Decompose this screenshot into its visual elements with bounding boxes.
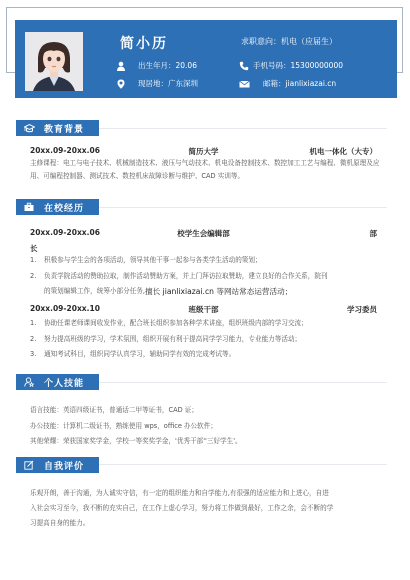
- campus-entry-org: 班级干部: [30, 304, 377, 315]
- education-school: 简历大学: [30, 146, 377, 157]
- skill-honors: 其他荣耀：荣获国家奖学金，学校一等奖奖学金，'优秀干部''三好学生'。: [30, 435, 242, 445]
- edit-icon: [24, 460, 34, 470]
- highlight-text: 擅长 jianlixiazai.cn 等网站常态运营活动；: [145, 285, 292, 298]
- campus-entry-org: 校学生会编辑部: [30, 228, 377, 239]
- location-pin-icon: [116, 79, 126, 89]
- list-item-continued: 的策划编辑工作，统筹小部分任务,擅长 jianlixiazai.cn 等网站常态…: [30, 285, 380, 298]
- self-eval-line: 入社会实习至今，我不断的充实自己，在工作上虚心学习，努力将工作做到最好，工作之余…: [30, 502, 380, 515]
- list-item: 1.协助任课老师课间收发作业，配合班长组织参加各种学术讲座，组织班级内部的学习交…: [30, 317, 380, 330]
- user-icon: [116, 61, 126, 71]
- campus-entry-1: 20xx.09-20xx.06 校学生会编辑部 部: [30, 228, 377, 239]
- section-skills-header: 个人技能: [16, 374, 99, 390]
- list-item: 2.负责学院活动的赞助拉取，制作活动赞助方案，并上门拜访拉取赞助，建立良好的合作…: [30, 270, 380, 283]
- education-entry: 20xx.09-20xx.06 简历大学 机电一体化（大专）: [30, 146, 377, 157]
- phone-row: 手机号码：15300000000: [239, 60, 343, 71]
- phone-icon: [239, 61, 249, 71]
- section-divider: [99, 128, 387, 129]
- campus-entry-role-continued: 长: [30, 243, 377, 254]
- briefcase-icon: [24, 202, 34, 212]
- section-self-eval-header: 自我评价: [16, 457, 99, 473]
- section-education-header: 教育背景: [16, 120, 99, 136]
- user-star-icon: [24, 377, 34, 387]
- section-divider: [99, 382, 387, 383]
- list-item: 2.努力提高班级的学习，学术氛围，组织开展有利于提高同学学习能力，专业能力等活动…: [30, 333, 380, 346]
- skill-office: 办公技能：计算机二级证书，熟练使用 wps，office 办公软件；: [30, 420, 217, 430]
- job-intent: 求职意向：机电（应届生）: [241, 36, 337, 47]
- list-item: 1.积极参与学生会的各项活动，领导其他干事一起参与各类学生活动的策划；: [30, 254, 380, 267]
- campus-entry-2: 20xx.09-20xx.10 班级干部 学习委员: [30, 304, 377, 315]
- mail-icon: [239, 79, 249, 89]
- birth-row: 出生年月：20.06: [116, 60, 197, 71]
- list-item: 3.通知考试科目，组织同学认真学习，辅助同学有效的完成考试等。: [30, 348, 380, 361]
- section-campus-header: 在校经历: [16, 199, 99, 215]
- resume-header: 简小历 求职意向：机电（应届生） 出生年月：20.06 现居地：广东深圳 手机号…: [15, 20, 397, 98]
- section-divider: [99, 464, 387, 465]
- candidate-name: 简小历: [120, 33, 168, 53]
- location-row: 现居地：广东深圳: [116, 78, 198, 89]
- email-row: 邮箱：jianlixiazai.cn: [239, 78, 336, 89]
- self-eval-line: 乐观开朗，善于沟通，为人诚实守信，有一定的组织能力和自学能力,有很强的适应能力和…: [30, 487, 380, 500]
- graduation-cap-icon: [24, 123, 34, 133]
- skill-language: 语言技能：英语四级证书，普通话二甲等证书，CAD 证；: [30, 404, 198, 414]
- self-eval-line: 习提高自身的能力。: [30, 517, 380, 530]
- education-courses: 主修课程：电工与电子技术、机械制造技术、液压与气动技术、机电设备控制技术、数控加…: [30, 157, 380, 183]
- avatar: [25, 32, 83, 91]
- section-divider: [99, 207, 387, 208]
